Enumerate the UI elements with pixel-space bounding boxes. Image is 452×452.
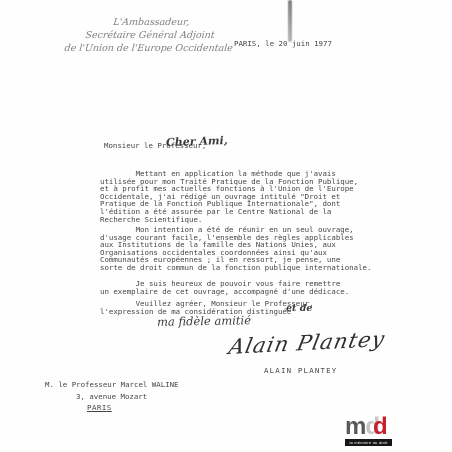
logo-tagline: la mémoire du droit: [345, 439, 392, 446]
dateline: PARIS, le 20 juin 1977: [234, 40, 332, 48]
logo-letter-d-red: d: [373, 415, 388, 439]
letterhead-line-3: de l'Union de l'Europe Occidentale: [63, 42, 234, 55]
recipient-city: PARIS: [87, 404, 112, 412]
handwritten-salutation: Cher Ami,: [166, 134, 228, 149]
paragraph-2: Mon intention a été de réunir en un seul…: [100, 226, 371, 272]
letterhead-line-2: Secrétaire Général Adjoint: [64, 29, 235, 42]
logo-letters: m d d: [345, 412, 393, 439]
paragraph-1: Mettant en application la méthode que j'…: [100, 170, 358, 223]
handwritten-addition: ma fidèle amitié: [157, 313, 251, 329]
scanned-letter-page: L'Ambassadeur, Secrétaire Général Adjoin…: [0, 0, 452, 452]
memoire-du-droit-logo: m d d la mémoire du droit: [345, 412, 393, 446]
letterhead-line-1: L'Ambassadeur,: [66, 16, 237, 29]
recipient-name: M. le Professeur Marcel WALINE: [45, 381, 179, 389]
letterhead: L'Ambassadeur, Secrétaire Général Adjoin…: [63, 16, 237, 55]
paragraph-3: Je suis heureux de pouvoir vous faire re…: [100, 280, 349, 295]
closing-formula: Veuillez agréer, Monsieur le Professeur,…: [100, 300, 314, 315]
handwritten-inline-addition: et de: [286, 303, 312, 314]
scan-artifact-line: [288, 0, 292, 42]
logo-letter-m: m: [345, 415, 366, 439]
handwritten-signature: Alain Plantey: [227, 327, 387, 359]
recipient-street: 3, avenue Mozart: [76, 393, 147, 401]
signature-typed-name: ALAIN PLANTEY: [264, 367, 337, 375]
